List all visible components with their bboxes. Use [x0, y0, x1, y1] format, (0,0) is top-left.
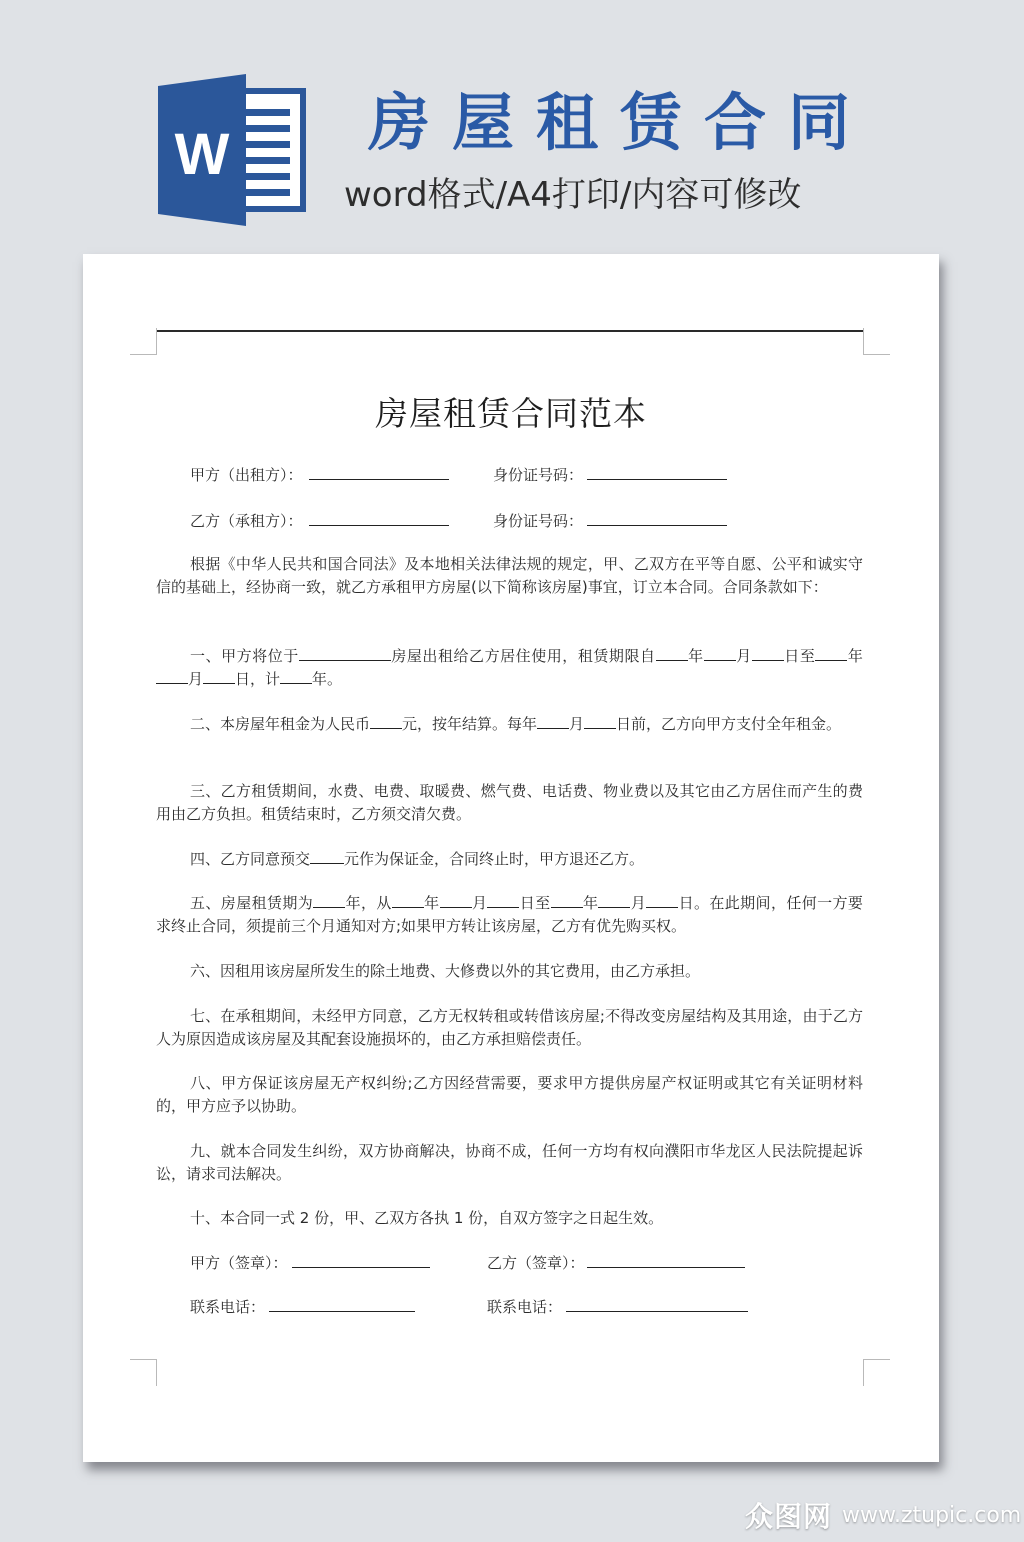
- clause-10: 十、本合同一式 2 份，甲、乙双方各执 1 份，自双方签字之日起生效。: [156, 1207, 863, 1230]
- header-rule: [156, 330, 863, 332]
- deposit-field[interactable]: [310, 849, 344, 864]
- party-a-label: 甲方（出租方）：: [190, 466, 303, 484]
- clause-6: 六、因租用该房屋所发生的除土地费、大修费以外的其它费用，由乙方承担。: [156, 960, 863, 983]
- start-day-field[interactable]: [752, 646, 784, 661]
- party-a-signature-field[interactable]: [292, 1253, 430, 1268]
- watermark-url: www.ztupic.com: [842, 1503, 1021, 1528]
- end-day-field[interactable]: [203, 669, 235, 684]
- clause-8: 八、甲方保证该房屋无产权纠纷;乙方因经营需要，要求甲方提供房屋产权证明或其它有关…: [156, 1072, 863, 1118]
- party-b-signature-field[interactable]: [587, 1253, 745, 1268]
- watermark-logo: 众图网: [745, 1500, 832, 1533]
- clause-5: 五、房屋租赁期为年，从年月日至年月日。在此期间，任何一方要求终止合同，须提前三个…: [156, 892, 863, 938]
- from-month-field[interactable]: [440, 893, 472, 908]
- clause-2: 二、本房屋年租金为人民币元，按年结算。每年月日前，乙方向甲方支付全年租金。: [156, 713, 863, 736]
- preamble: 根据《中华人民共和国合同法》及本地相关法律法规的规定，甲、乙双方在平等自愿、公平…: [156, 553, 863, 599]
- party-a-row: 甲方（出租方）：: [190, 464, 449, 487]
- to-year-field[interactable]: [551, 893, 583, 908]
- svg-text:W: W: [175, 122, 230, 187]
- from-year-field[interactable]: [392, 893, 424, 908]
- party-b-id-field[interactable]: [587, 511, 727, 526]
- party-a-name-field[interactable]: [309, 465, 449, 480]
- banner-subtitle: word格式/A4打印/内容可修改: [344, 178, 801, 212]
- party-b-id-row: 身份证号码：: [493, 510, 727, 533]
- party-a-id-row: 身份证号码：: [493, 464, 727, 487]
- total-years-field[interactable]: [280, 669, 312, 684]
- annual-rent-field[interactable]: [370, 714, 402, 729]
- party-a-id-label: 身份证号码：: [493, 466, 583, 484]
- word-icon: W: [158, 74, 310, 226]
- party-b-phone-field[interactable]: [566, 1297, 748, 1312]
- party-b-row: 乙方（承租方）：: [190, 510, 449, 533]
- party-b-name-field[interactable]: [309, 511, 449, 526]
- payment-month-field[interactable]: [537, 714, 569, 729]
- end-month-field[interactable]: [156, 669, 188, 684]
- lease-years-field[interactable]: [313, 893, 345, 908]
- start-year-field[interactable]: [656, 646, 688, 661]
- clause-4: 四、乙方同意预交元作为保证金，合同终止时，甲方退还乙方。: [156, 848, 863, 871]
- from-day-field[interactable]: [487, 893, 519, 908]
- to-month-field[interactable]: [598, 893, 630, 908]
- banner-title: 房屋租赁合同: [368, 92, 872, 154]
- party-b-phone-row: 联系电话：: [487, 1296, 748, 1319]
- party-b-label: 乙方（承租方）：: [190, 512, 303, 530]
- crop-mark-top-left: [130, 328, 157, 355]
- crop-mark-top-right: [863, 328, 890, 355]
- clause-9: 九、就本合同发生纠纷，双方协商解决，协商不成，任何一方均有权向濮阳市华龙区人民法…: [156, 1140, 863, 1186]
- document-title: 房屋租赁合同范本: [83, 388, 939, 435]
- party-a-signature-row: 甲方（签章）：: [190, 1252, 430, 1275]
- clause-3: 三、乙方租赁期间，水费、电费、取暖费、燃气费、电话费、物业费以及其它由乙方居住而…: [156, 780, 863, 826]
- clause-1: 一、甲方将位于房屋出租给乙方居住使用，租赁期限自年月日至年月日，计年。: [156, 645, 863, 691]
- watermark: 众图网www.ztupic.com: [745, 1495, 1021, 1535]
- address-field[interactable]: [299, 646, 391, 661]
- document-page: 房屋租赁合同范本 甲方（出租方）： 身份证号码： 乙方（承租方）： 身份证号码：…: [83, 254, 939, 1462]
- payment-day-field[interactable]: [584, 714, 616, 729]
- clause-7: 七、在承租期间，未经甲方同意，乙方无权转租或转借该房屋;不得改变房屋结构及其用途…: [156, 1005, 863, 1051]
- crop-mark-bottom-right: [863, 1359, 890, 1386]
- party-b-id-label: 身份证号码：: [493, 512, 583, 530]
- crop-mark-bottom-left: [130, 1359, 157, 1386]
- party-a-phone-row: 联系电话：: [190, 1296, 415, 1319]
- to-day-field[interactable]: [646, 893, 678, 908]
- start-month-field[interactable]: [704, 646, 736, 661]
- party-a-id-field[interactable]: [587, 465, 727, 480]
- party-a-phone-field[interactable]: [269, 1297, 415, 1312]
- end-year-field[interactable]: [815, 646, 847, 661]
- party-b-signature-row: 乙方（签章）：: [487, 1252, 745, 1275]
